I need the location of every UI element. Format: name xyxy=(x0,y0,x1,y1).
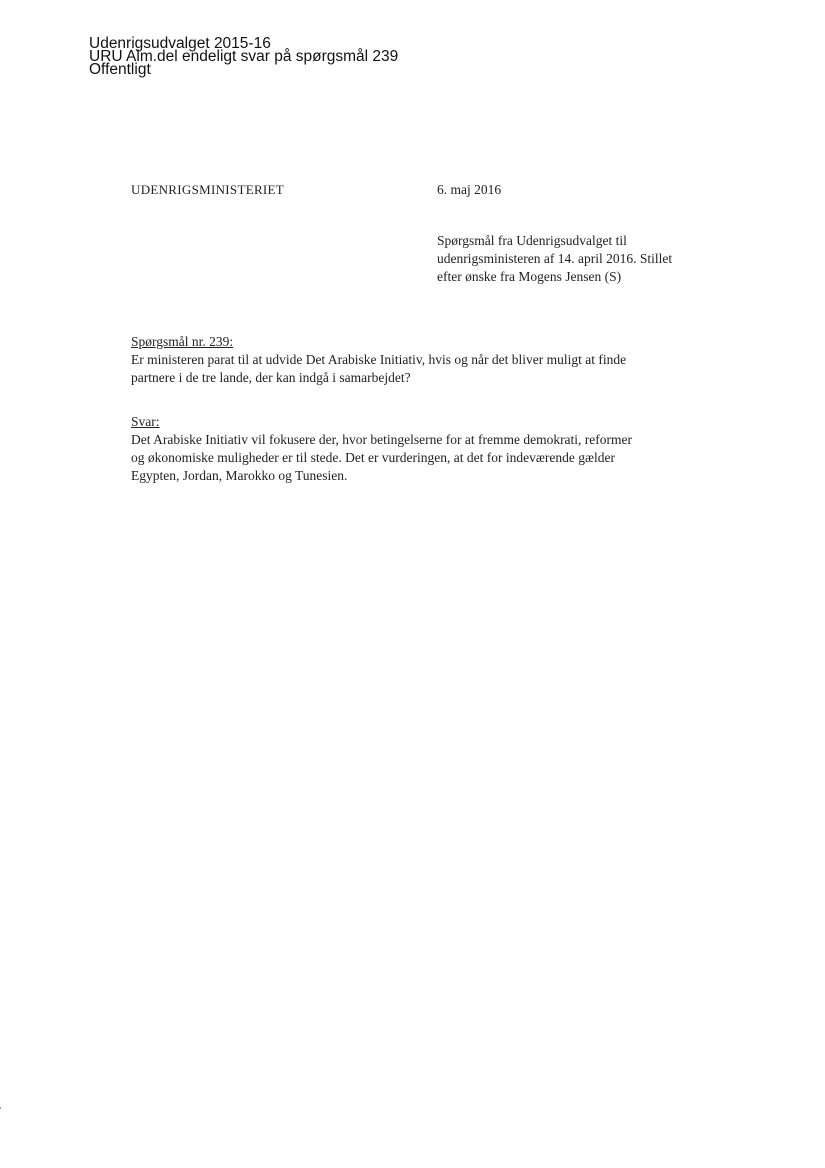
document-stamp: Udenrigsudvalget 2015-16 URU Alm.del end… xyxy=(89,37,398,76)
subject-line: Spørgsmål fra Udenrigsudvalget til xyxy=(437,232,717,250)
ministry-name: UDENRIGSMINISTERIET xyxy=(131,182,284,198)
subject-line: efter ønske fra Mogens Jensen (S) xyxy=(437,268,717,286)
question-text-line: Er ministeren parat til at udvide Det Ar… xyxy=(131,351,731,369)
answer-label: Svar: xyxy=(131,413,731,431)
question-label: Spørgsmål nr. 239: xyxy=(131,333,731,351)
answer-text-line: Det Arabiske Initiativ vil fokusere der,… xyxy=(131,431,731,449)
subject-line: udenrigsministeren af 14. april 2016. St… xyxy=(437,250,717,268)
subject-block: Spørgsmål fra Udenrigsudvalget til udenr… xyxy=(437,232,717,286)
letter-date: 6. maj 2016 xyxy=(437,182,501,198)
question-block: Spørgsmål nr. 239: Er ministeren parat t… xyxy=(131,333,731,387)
answer-text-line: og økonomiske muligheder er til stede. D… xyxy=(131,449,731,467)
scan-artifact xyxy=(0,1107,1,1109)
answer-text-line: Egypten, Jordan, Marokko og Tunesien. xyxy=(131,467,731,485)
answer-block: Svar: Det Arabiske Initiativ vil fokuser… xyxy=(131,413,731,485)
question-text-line: partnere i de tre lande, der kan indgå i… xyxy=(131,369,731,387)
